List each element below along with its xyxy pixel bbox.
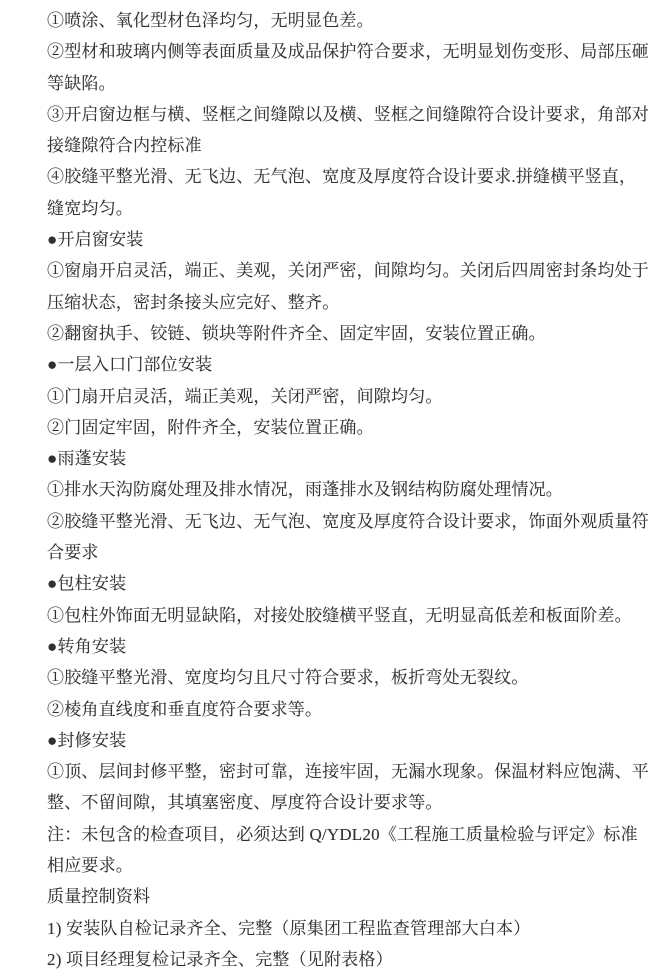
document-body: ①喷涂、氧化型材色泽均匀，无明显色差。②型材和玻璃内侧等表面质量及成品保护符合要… <box>0 0 650 975</box>
section-heading-line: 质量控制资料 <box>47 881 650 912</box>
numbered-item-line: ②门固定牢固，附件齐全，安装位置正确。 <box>47 412 650 443</box>
bullet-heading-line: ●包柱安装 <box>47 568 650 599</box>
wrapped-text-line: 相应要求。 <box>47 850 650 881</box>
note-line: 注：未包含的检查项目，必须达到 Q/YDL20《工程施工质量检验与评定》标准 <box>47 819 650 850</box>
numbered-item-line: ①排水天沟防腐处理及排水情况，雨蓬排水及钢结构防腐处理情况。 <box>47 474 650 505</box>
numbered-item-line: ②棱角直线度和垂直度符合要求等。 <box>47 694 650 725</box>
numbered-item-line: ①顶、层间封修平整，密封可靠，连接牢固，无漏水现象。保温材料应饱满、平 <box>47 756 650 787</box>
wrapped-text-line: 合要求 <box>47 537 650 568</box>
wrapped-text-line: 整、不留间隙，其填塞密度、厚度符合设计要求等。 <box>47 787 650 818</box>
list-item-line: 1) 安装队自检记录齐全、完整（原集团工程监查管理部大白本） <box>47 913 650 944</box>
numbered-item-line: ①包柱外饰面无明显缺陷，对接处胶缝横平竖直，无明显高低差和板面阶差。 <box>47 600 650 631</box>
bullet-heading-line: ●雨蓬安装 <box>47 443 650 474</box>
numbered-item-line: ②型材和玻璃内侧等表面质量及成品保护符合要求，无明显划伤变形、局部压砸 <box>47 36 650 67</box>
numbered-item-line: ②胶缝平整光滑、无飞边、无气泡、宽度及厚度符合设计要求，饰面外观质量符 <box>47 506 650 537</box>
bullet-heading-line: ●转角安装 <box>47 631 650 662</box>
numbered-item-line: ②翻窗执手、铰链、锁块等附件齐全、固定牢固，安装位置正确。 <box>47 318 650 349</box>
wrapped-text-line: 压缩状态，密封条接头应完好、整齐。 <box>47 287 650 318</box>
bullet-heading-line: ●开启窗安装 <box>47 224 650 255</box>
numbered-item-line: ③开启窗边框与横、竖框之间缝隙以及横、竖框之间缝隙符合设计要求，角部对 <box>47 99 650 130</box>
bullet-heading-line: ●一层入口门部位安装 <box>47 349 650 380</box>
numbered-item-line: ①喷涂、氧化型材色泽均匀，无明显色差。 <box>47 5 650 36</box>
bullet-heading-line: ●封修安装 <box>47 725 650 756</box>
numbered-item-line: ①门扇开启灵活，端正美观，关闭严密，间隙均匀。 <box>47 381 650 412</box>
wrapped-text-line: 缝宽均匀。 <box>47 193 650 224</box>
numbered-item-line: ④胶缝平整光滑、无飞边、无气泡、宽度及厚度符合设计要求.拼缝横平竖直， <box>47 161 650 192</box>
numbered-item-line: ①窗扇开启灵活，端正、美观，关闭严密，间隙均匀。关闭后四周密封条均处于 <box>47 255 650 286</box>
wrapped-text-line: 接缝隙符合内控标准 <box>47 130 650 161</box>
numbered-item-line: ①胶缝平整光滑、宽度均匀且尺寸符合要求，板折弯处无裂纹。 <box>47 662 650 693</box>
document-page: ①喷涂、氧化型材色泽均匀，无明显色差。②型材和玻璃内侧等表面质量及成品保护符合要… <box>0 0 650 975</box>
list-item-line: 2) 项目经理复检记录齐全、完整（见附表格） <box>47 944 650 975</box>
wrapped-text-line: 等缺陷。 <box>47 68 650 99</box>
